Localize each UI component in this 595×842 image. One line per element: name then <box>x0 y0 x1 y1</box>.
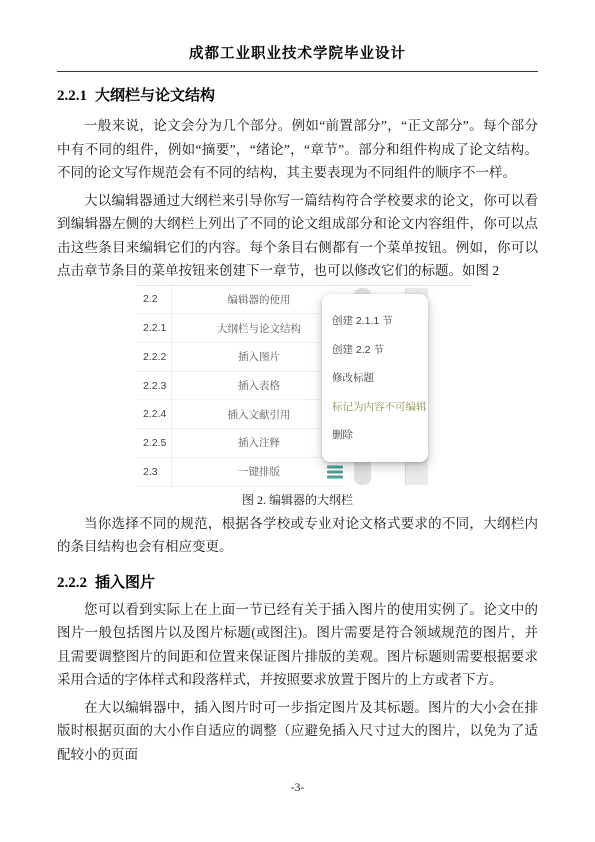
menu-item-create-2-1-1: 创建 2.1.1 节 <box>322 313 428 328</box>
outline-row-number: 2.2.5 <box>136 429 172 457</box>
outline-row-label: 插入表格 <box>172 378 346 393</box>
section-number: 2.2.2 <box>57 575 87 591</box>
outline-row: 2.2.5 插入注释 <box>136 429 346 458</box>
menu-list-icon <box>327 465 343 478</box>
paragraph-image-insert: 在大以编辑器中，插入图片时可一步指定图片及其标题。图片的大小会在排版时根据页面的… <box>57 696 538 767</box>
paragraph-outline-guide: 大以编辑器通过大纲栏来引导你写一篇结构符合学校要求的论文，你可以看到编辑器左侧的… <box>57 189 538 283</box>
page-number: -3- <box>0 782 595 794</box>
outline-row-label: 大纲栏与论文结构 <box>172 321 346 336</box>
page-header-title: 成都工业职业技术学院毕业设计 <box>57 0 538 72</box>
menu-item-create-2-2: 创建 2.2 节 <box>322 342 428 357</box>
paragraph-image-usage: 您可以看到实际上在上面一节已经有关于插入图片的使用实例了。论文中的图片一般包括图… <box>57 598 538 692</box>
outline-row: 2.2.2 插入图片 <box>136 343 346 372</box>
figure-outline-screenshot: 2.2 编辑器的使用 2.2.1 大纲栏与论文结构 2.2.2 插入图片 2.2… <box>136 285 471 486</box>
outline-row: 2.3 一键排版 <box>136 458 346 487</box>
outline-panel: 2.2 编辑器的使用 2.2.1 大纲栏与论文结构 2.2.2 插入图片 2.2… <box>136 286 346 487</box>
outline-row-number: 2.2.3 <box>136 372 172 400</box>
outline-row-label: 插入图片 <box>172 349 346 364</box>
outline-row: 2.2.1 大纲栏与论文结构 <box>136 314 346 343</box>
outline-row-number: 2.2.2 <box>136 343 172 371</box>
section-title: 插入图片 <box>95 574 155 591</box>
outline-row-number: 2.2 <box>136 286 172 314</box>
section-heading-2-2-1: 2.2.1大纲栏与论文结构 <box>57 85 538 107</box>
context-menu: 创建 2.1.1 节 创建 2.2 节 修改标题 标记为内容不可编辑 删除 <box>322 294 428 462</box>
outline-row-label: 一键排版 <box>172 464 346 479</box>
paragraph-spec-change: 当你选择不同的规范，根据各学校或专业对论文格式要求的不同，大纲栏内的条目结构也会… <box>57 512 538 559</box>
outline-row-number: 2.2.1 <box>136 314 172 342</box>
outline-row-label: 插入注释 <box>172 435 346 450</box>
section-heading-2-2-2: 2.2.2插入图片 <box>57 572 538 594</box>
menu-item-delete: 删除 <box>322 427 428 442</box>
menu-item-mark-readonly: 标记为内容不可编辑 <box>322 399 428 414</box>
document-page: 成都工业职业技术学院毕业设计 2.2.1大纲栏与论文结构 一般来说，论文会分为几… <box>0 0 595 842</box>
section-number: 2.2.1 <box>57 88 87 104</box>
outline-row: 2.2 编辑器的使用 <box>136 286 346 315</box>
outline-row: 2.2.4 插入文献引用 <box>136 400 346 429</box>
outline-row-number: 2.3 <box>136 458 172 486</box>
outline-row-number: 2.2.4 <box>136 400 172 428</box>
menu-item-rename-title: 修改标题 <box>322 370 428 385</box>
paragraph-intro-structure: 一般来说，论文会分为几个部分。例如“前置部分”，“正文部分”。每个部分中有不同的… <box>57 114 538 185</box>
outline-row-label: 编辑器的使用 <box>172 292 346 307</box>
figure-caption: 图 2. 编辑器的大纲栏 <box>57 491 538 508</box>
outline-row: 2.2.3 插入表格 <box>136 372 346 401</box>
section-title: 大纲栏与论文结构 <box>95 87 215 104</box>
outline-row-label: 插入文献引用 <box>172 407 346 422</box>
